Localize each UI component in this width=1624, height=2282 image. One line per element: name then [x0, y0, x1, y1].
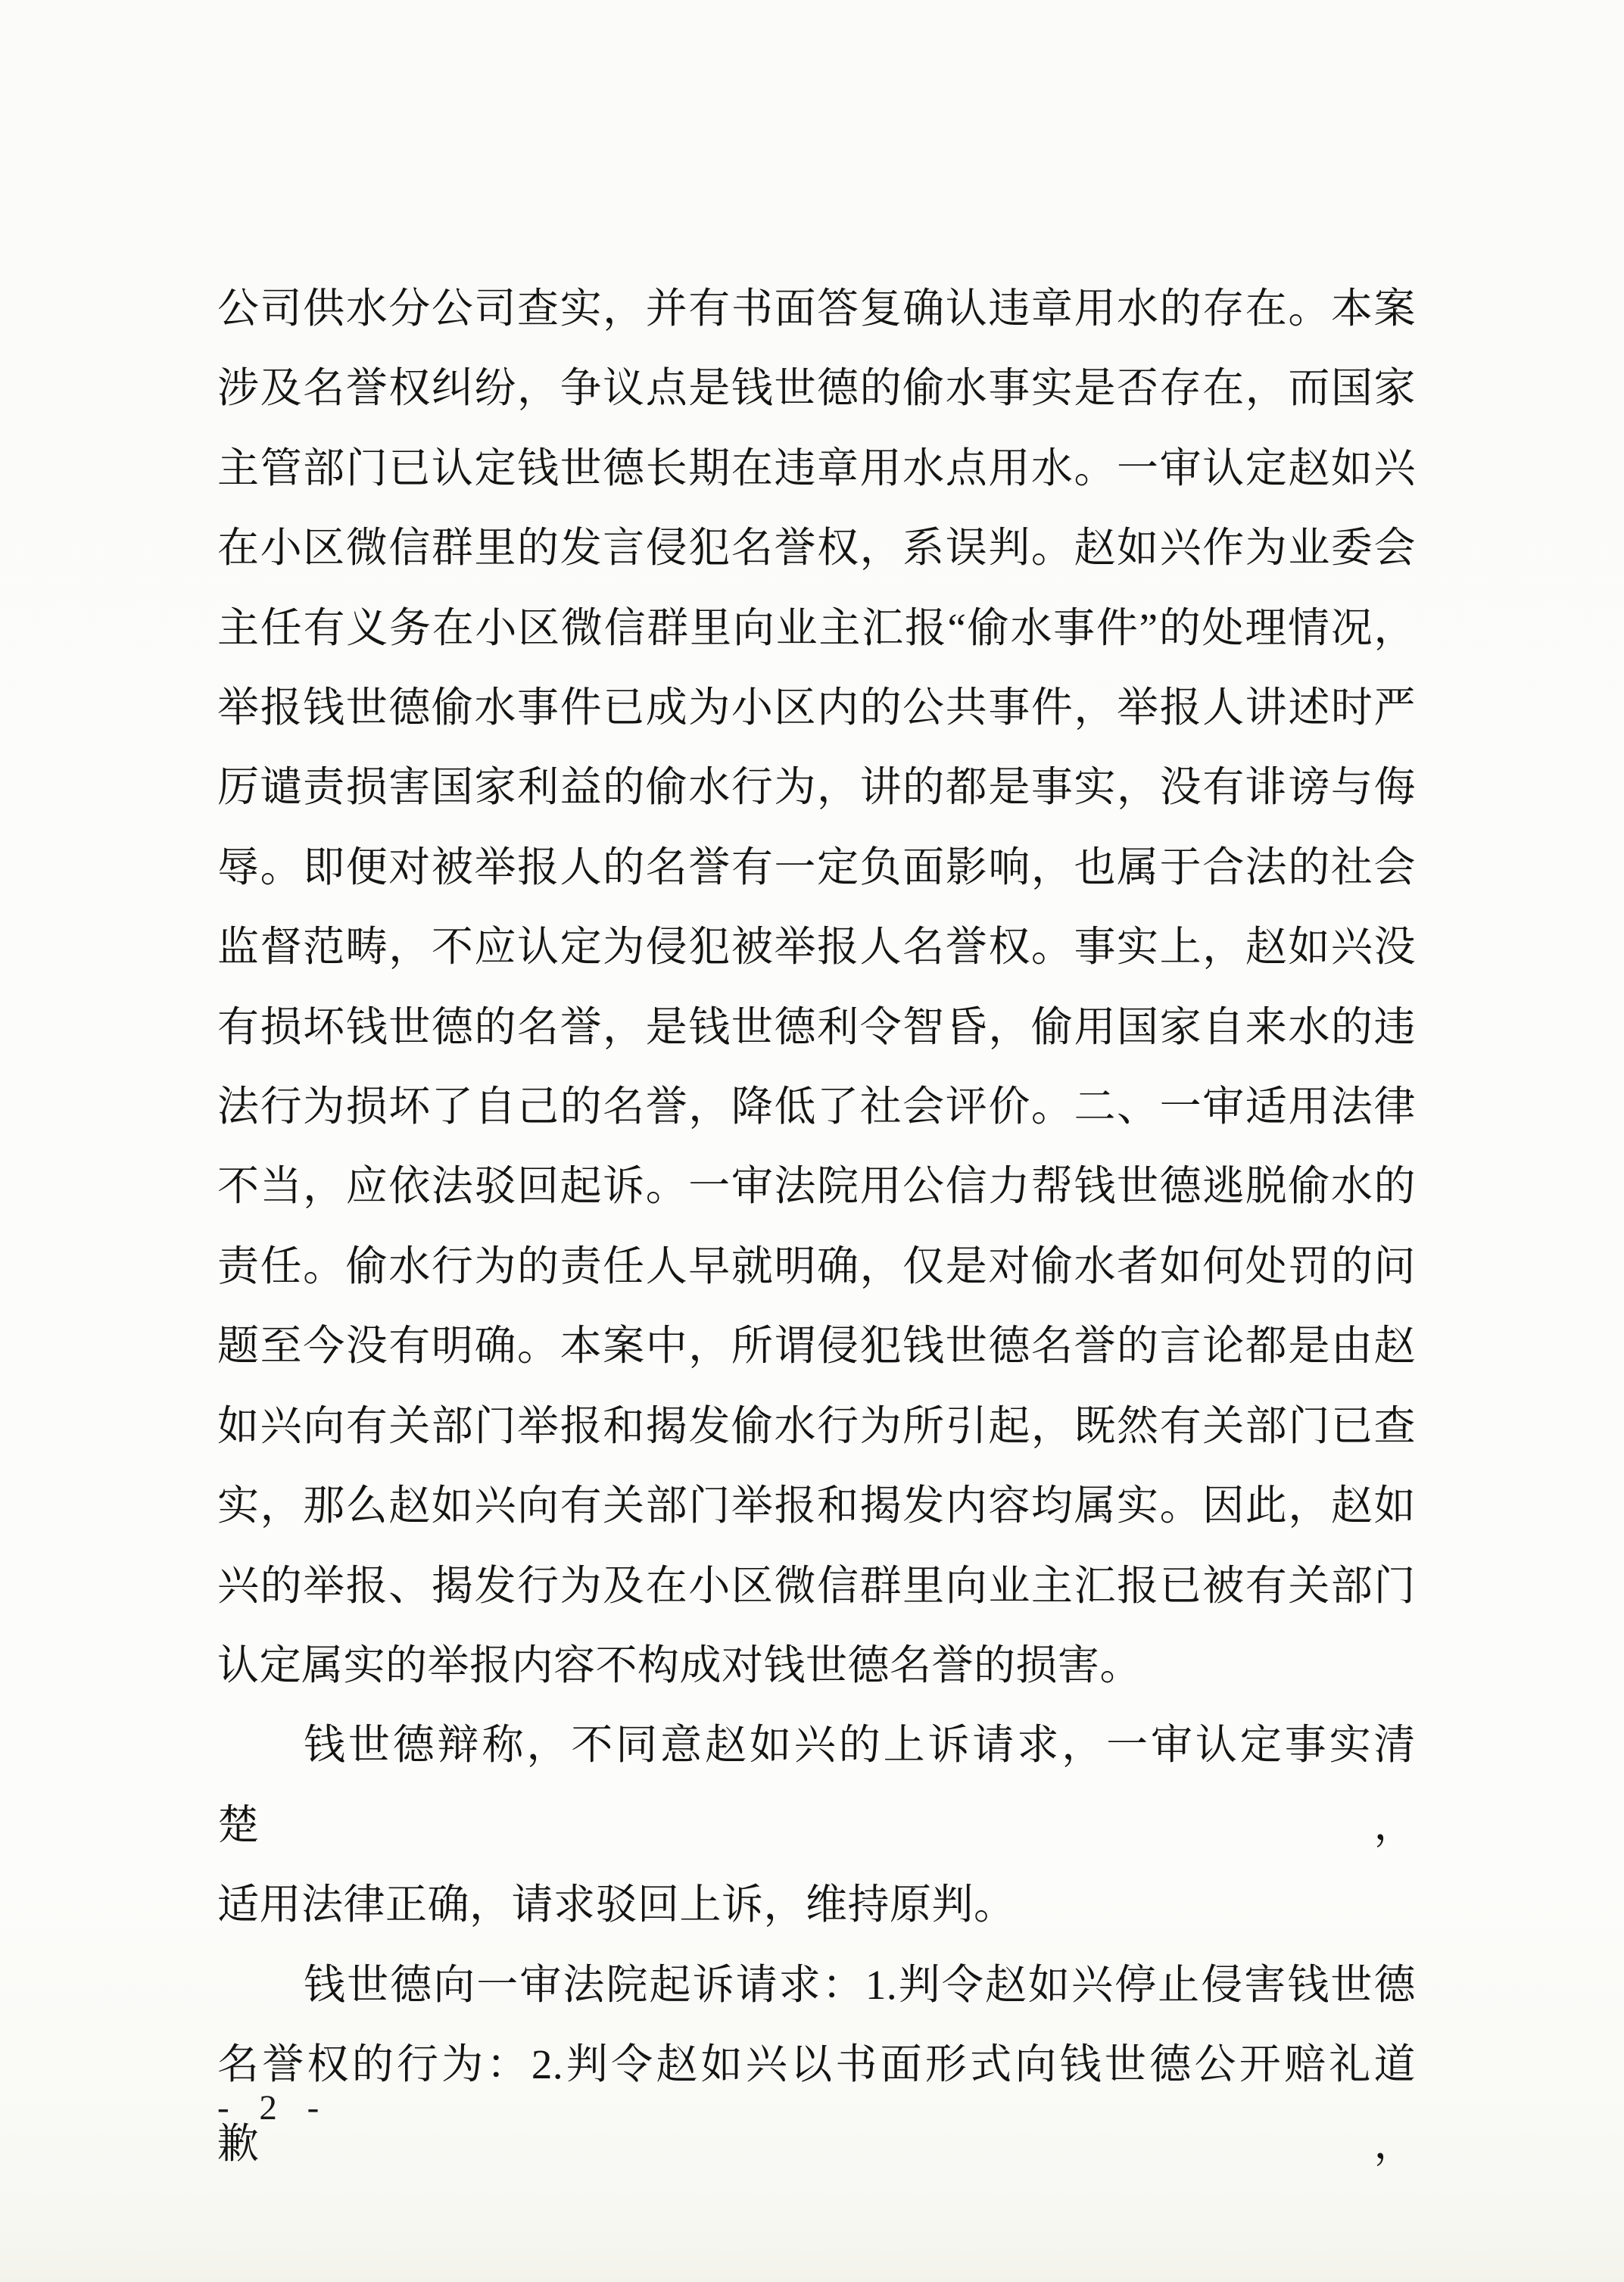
text-line: 厉谴责损害国家利益的偷水行为，讲的都是事实，没有诽谤与侮: [217, 747, 1416, 827]
text-line: 认定属实的举报内容不构成对钱世德名誉的损害。: [217, 1626, 1416, 1705]
text-line: 法行为损坏了自己的名誉，降低了社会评价。二、一审适用法律: [217, 1067, 1416, 1146]
text-line: 适用法律正确，请求驳回上诉，维持原判。: [217, 1865, 1416, 1944]
text-line: 不当，应依法驳回起诉。一审法院用公信力帮钱世德逃脱偷水的: [217, 1146, 1416, 1226]
text-line: 有损坏钱世德的名誉，是钱世德利令智昏，偷用国家自来水的违: [217, 987, 1416, 1067]
text-line: 题至今没有明确。本案中，所谓侵犯钱世德名誉的言论都是由赵: [217, 1306, 1416, 1386]
document-page: 公司供水分公司查实，并有书面答复确认违章用水的存在。本案涉及名誉权纠纷，争议点是…: [0, 0, 1624, 2282]
body-text: 公司供水分公司查实，并有书面答复确认违章用水的存在。本案涉及名誉权纠纷，争议点是…: [217, 269, 1416, 2184]
text-line: 主管部门已认定钱世德长期在违章用水点用水。一审认定赵如兴: [217, 429, 1416, 508]
text-line: 钱世德向一审法院起诉请求：1.判令赵如兴停止侵害钱世德: [217, 1945, 1416, 2025]
text-line: 举报钱世德偷水事件已成为小区内的公共事件，举报人讲述时严: [217, 668, 1416, 747]
text-line: 主任有义务在小区微信群里向业主汇报“偷水事件”的处理情况，: [217, 588, 1416, 668]
text-line: 公司供水分公司查实，并有书面答复确认违章用水的存在。本案: [217, 269, 1416, 348]
text-line: 兴的举报、揭发行为及在小区微信群里向业主汇报已被有关部门: [217, 1546, 1416, 1626]
text-line: 如兴向有关部门举报和揭发偷水行为所引起，既然有关部门已查: [217, 1386, 1416, 1466]
text-line: 在小区微信群里的发言侵犯名誉权，系误判。赵如兴作为业委会: [217, 508, 1416, 588]
text-line: 涉及名誉权纠纷，争议点是钱世德的偷水事实是否存在，而国家: [217, 348, 1416, 428]
text-line: 名誉权的行为：2.判令赵如兴以书面形式向钱世德公开赔礼道歉，: [217, 2025, 1416, 2184]
page-number: - 2 -: [217, 2087, 329, 2129]
text-line: 实，那么赵如兴向有关部门举报和揭发内容均属实。因此，赵如: [217, 1466, 1416, 1545]
text-line: 钱世德辩称，不同意赵如兴的上诉请求，一审认定事实清楚，: [217, 1705, 1416, 1865]
text-line: 责任。偷水行为的责任人早就明确，仅是对偷水者如何处罚的问: [217, 1227, 1416, 1306]
text-line: 监督范畴，不应认定为侵犯被举报人名誉权。事实上，赵如兴没: [217, 907, 1416, 987]
text-line: 辱。即便对被举报人的名誉有一定负面影响，也属于合法的社会: [217, 828, 1416, 907]
